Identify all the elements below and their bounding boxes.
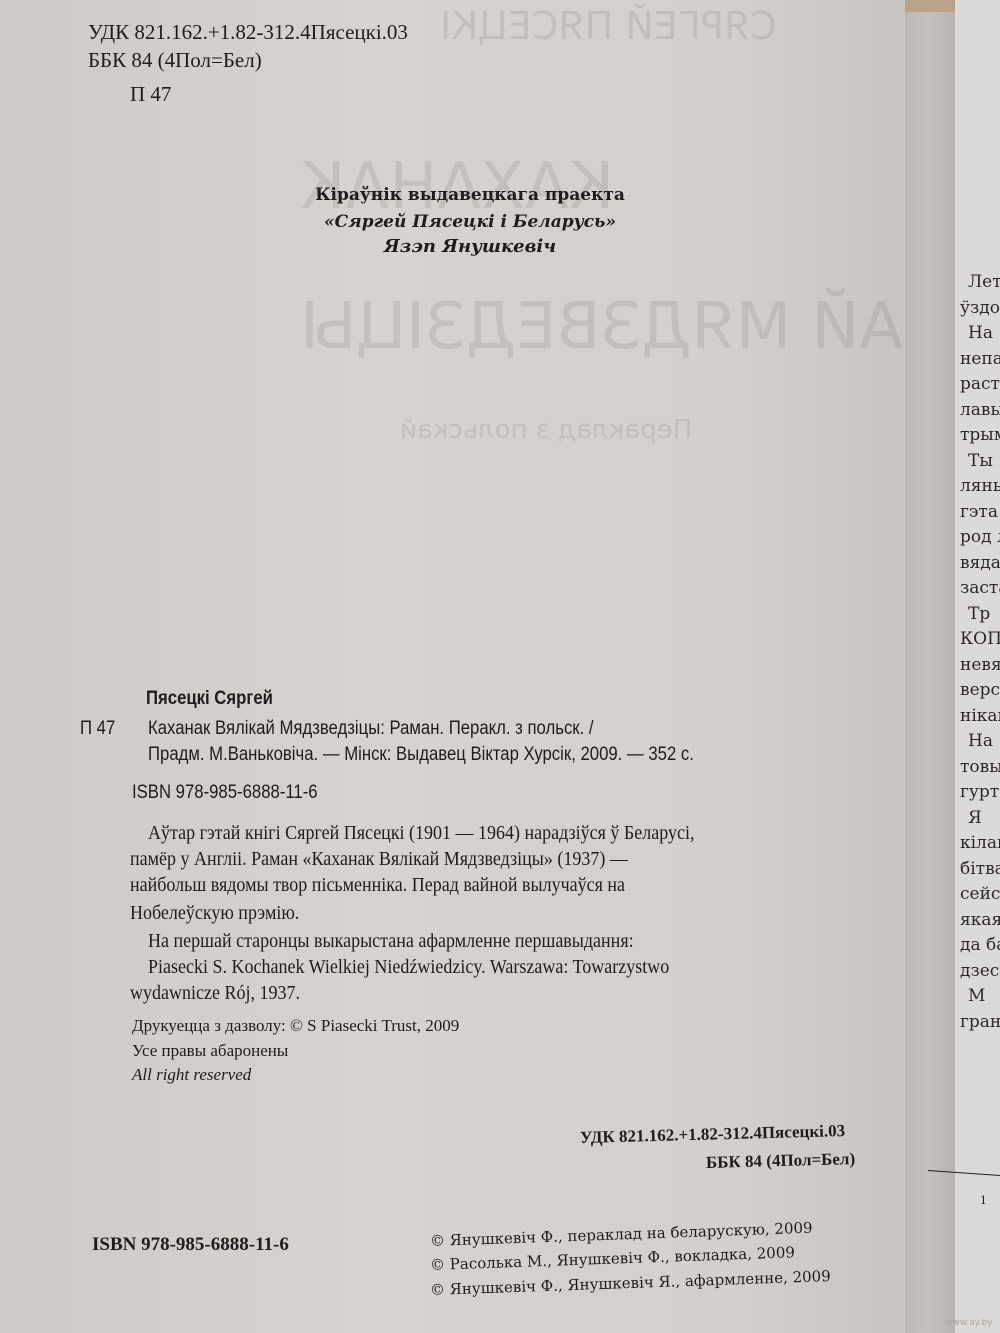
right-page-line: граніц xyxy=(960,1010,1000,1036)
right-page-line: Я xyxy=(960,806,1000,832)
project-name: «Сяргей Пясецкі і Беларусь» xyxy=(0,212,940,232)
annotation-line: wydawnicze Rój, 1937. xyxy=(130,982,300,1005)
rights-reserved-be: Усе правы абаронены xyxy=(132,1041,288,1061)
right-page-line: невядо xyxy=(960,653,1000,679)
right-page-line: Тр xyxy=(960,602,1000,628)
catalog-imprint: Прадм. М.Ваньковіча. — Мінск: Выдавец Ві… xyxy=(148,744,694,766)
annotation-line: Аўтар гэтай кнігі Сяргей Пясецкі (1901 —… xyxy=(148,822,694,845)
right-page-line: версія, xyxy=(960,678,1000,704)
bleed-through-title-2: ВЯЛІКАЙ МЯДЗВЕДЗІЦЫ xyxy=(300,290,1000,364)
right-page-line: На xyxy=(960,729,1000,755)
bleed-through-author: СЯРГЕЙ ПЯСЕЦКІ xyxy=(440,4,777,48)
udk-code: УДК 821.162.+1.82-312.4Пясецкі.03 xyxy=(88,18,408,46)
right-page-line: бітваў xyxy=(960,857,1000,883)
left-page: СЯРГЕЙ ПЯСЕЦКІ КАХАНАК ВЯЛІКАЙ МЯДЗВЕДЗІ… xyxy=(0,0,915,1333)
right-page-text: ЛетўздоўжНанепакоєрастуцьлавы птрымцеТыл… xyxy=(960,270,1000,1035)
project-head-label: Кіраўнік выдавецкага праекта xyxy=(0,185,940,205)
isbn-bottom: ISBN 978-985-6888-11-6 xyxy=(92,1234,289,1256)
right-page-line: лавы п xyxy=(960,398,1000,424)
right-page-line: товых, xyxy=(960,755,1000,781)
right-page-line: М xyxy=(960,984,1000,1010)
right-page-line: да ба xyxy=(960,933,1000,959)
classification-top: УДК 821.162.+1.82-312.4Пясецкі.03 ББК 84… xyxy=(88,18,408,74)
right-page-line: застал xyxy=(960,576,1000,602)
right-page-line: непакоє xyxy=(960,347,1000,373)
book-gutter xyxy=(905,0,957,1333)
author-mark: П 47 xyxy=(130,82,171,107)
catalog-isbn: ISBN 978-985-6888-11-6 xyxy=(132,782,318,804)
catalog-author: Пясецкі Сяргей xyxy=(146,688,273,710)
annotation-line: Нобелеўскую прэмію. xyxy=(130,902,299,925)
udk-code-bottom: УДК 821.162.+1.82-312.4Пясецкі.03 xyxy=(580,1121,846,1148)
right-page-line: род лю xyxy=(960,525,1000,551)
bbk-code: ББК 84 (4Пол=Бел) xyxy=(88,46,408,74)
right-page-line: КОПУ xyxy=(960,627,1000,653)
right-page-line: Лет xyxy=(960,270,1000,296)
right-page-line: трымце xyxy=(960,423,1000,449)
bleed-through-subtitle: Пераклад з польскай xyxy=(400,415,692,445)
right-page-line: гэта лі xyxy=(960,500,1000,526)
print-permission: Друкуецца з дазволу: © S Piasecki Trust,… xyxy=(132,1016,459,1036)
annotation-line: памёр у Англіі. Раман «Каханак Вялікай М… xyxy=(130,848,628,871)
right-page-line: гуртоў xyxy=(960,780,1000,806)
right-page-line: вяданн xyxy=(960,551,1000,577)
rights-reserved-en: All right reserved xyxy=(132,1065,251,1085)
annotation-line: На першай старонцы выкарыстана афармленн… xyxy=(148,930,634,953)
catalog-code: П 47 xyxy=(80,718,115,740)
watermark: www.ay.by xyxy=(945,1318,993,1328)
catalog-title: Каханак Вялікай Мядзведзіцы: Раман. Пера… xyxy=(148,718,594,740)
right-page-line: сейсмі xyxy=(960,882,1000,908)
annotation-line: Piasecki S. Kochanek Wielkiej Niedźwiedz… xyxy=(148,956,669,979)
right-page-line: якая ў xyxy=(960,908,1000,934)
right-page-line: нікацы xyxy=(960,704,1000,730)
right-page-line: Ты xyxy=(960,449,1000,475)
right-page-line: ўздоўж xyxy=(960,296,1000,322)
bbk-code-bottom: ББК 84 (4Пол=Бел) xyxy=(706,1149,856,1173)
footnote-number: 1 xyxy=(980,1192,987,1208)
right-page-line: кіламе xyxy=(960,831,1000,857)
annotation-line: найбольш вядомы твор пісьменніка. Перад … xyxy=(130,874,625,897)
project-head-name: Язэп Янушкевіч xyxy=(0,236,940,257)
right-page-line: На xyxy=(960,321,1000,347)
right-page-line: растуць xyxy=(960,372,1000,398)
right-page-line: ляныя xyxy=(960,474,1000,500)
right-page-line: дзесят xyxy=(960,959,1000,985)
